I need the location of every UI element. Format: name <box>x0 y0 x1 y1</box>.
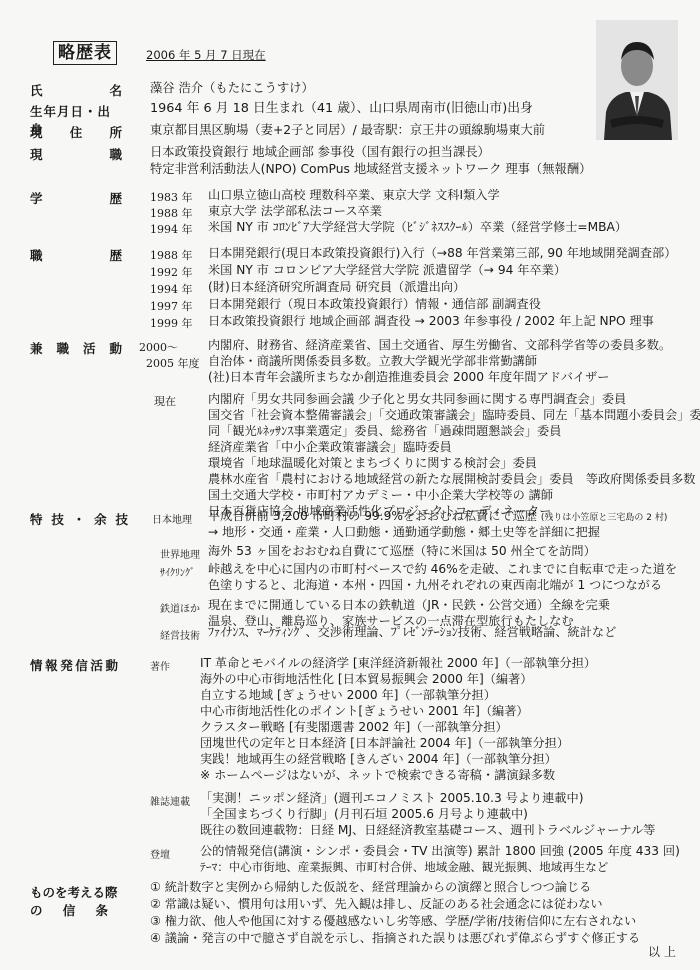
skill-line: → 地形・交通・産業・人口動態・通勤通学動態・郷土史等を詳細に把握 <box>208 525 600 541</box>
stage-tag: 登壇 <box>150 846 170 861</box>
belief-item: ④ 議論・発言の中で臆さず自説を示し、指摘された誤りは悪びれず偉ぶらずすぐ修正す… <box>150 931 640 947</box>
stage-item: 公的情報発信(講演・シンポ・委員会・TV 出演等) 累計 1800 回強 (20… <box>200 844 680 860</box>
label-side-activities: 兼職活動 <box>30 339 122 357</box>
period-start: 2000～ <box>139 339 178 355</box>
label-career: 職歴 <box>30 246 122 264</box>
career-item: 日本開発銀行(現日本政策投資銀行)入行（→88 年営業第三部, 90 年地域開発… <box>208 246 676 262</box>
career-year: 1992 年 <box>150 264 193 280</box>
belief-item: ① 統計数字と実例から帰納した仮説を、経営理論からの演繹と照合しつつ論じる <box>150 880 591 896</box>
skill-line: 平成合併前 3,200 市町村の 99.9%をおおむね私費にて巡歴 (残りは小笠… <box>208 509 667 527</box>
value-birth: 1964 年 6 月 18 日生まれ（41 歳）、山口県周南市(旧徳山市)出身 <box>150 101 533 117</box>
document-end: 以上 <box>648 943 680 960</box>
label-beliefs-1: ものを考える際 <box>30 883 118 901</box>
activity-line: 内閣府「男女共同参画会議 少子化と男女共同参画に関する専門調査会」委員 <box>208 392 626 408</box>
skill-note: (残りは小笠原と三宅島の 2 村) <box>541 513 667 523</box>
activity-line: 国交省「社会資本整備審議会」「交通政策審議会」臨時委員、同左「基本問題小委員会」… <box>208 408 700 424</box>
career-item: 米国 NY 市 コロンビア大学経営大学院 派遣留学（→ 94 年卒業） <box>208 263 566 279</box>
label-name: 氏名 <box>30 81 122 99</box>
career-item: (財)日本経済研究所調査局 研究員（派遣出向） <box>208 280 465 296</box>
book-item: 団塊世代の定年と日本経済 [日本評論社 2004 年]（一部執筆分担） <box>200 736 569 752</box>
edu-year: 1983 年 <box>150 189 193 205</box>
career-year: 1997 年 <box>150 298 193 314</box>
value-current-job-2: 特定非営利活動法人(NPO) ComPus 地域経営支援ネットワーク 理事（無報… <box>150 161 591 177</box>
belief-item: ③ 権力欲、他人や他国に対する優越感ないし劣等感、学歴/学術/技術信仰に左右され… <box>150 914 636 930</box>
label-skills: 特技・余技 <box>30 510 128 528</box>
skill-line: ﾌｧｲﾅﾝｽ、ﾏｰｹﾃｨﾝｸﾞ、交渉術理論、ﾌﾟﾚｾﾞﾝﾃｰｼｮﾝ技術、経営戦略… <box>208 625 616 641</box>
document-title: 略歴表 <box>53 41 117 65</box>
book-item: 実践！地域再生の経営戦略 [きんざい 2004 年]（一部執筆分担） <box>200 752 557 768</box>
label-beliefs-2: の信条 <box>30 901 108 919</box>
activity-line: 国土交通大学校・市町村アカデミー・中小企業大学校等の 講師 <box>208 488 553 504</box>
skill-line: 海外 53 ヶ国をおおむね自費にて巡歴（特に米国は 50 州全てを訪問） <box>208 544 596 560</box>
book-item: 海外の中心市街地活性化 [日本貿易振興会 2000 年]（編著） <box>200 672 532 688</box>
books-tag: 著作 <box>150 658 170 673</box>
edu-item: 山口県立徳山高校 理数科卒業、東京大学 文科Ⅰ類入学 <box>208 188 500 204</box>
career-year: 1999 年 <box>150 315 193 331</box>
label-address: 現住所 <box>30 123 122 141</box>
edu-year: 1994 年 <box>150 221 193 237</box>
skill-line: 色塗りすると、北海道・本州・四国・九州それぞれの東西南北端が 1 つにつながる <box>208 578 662 594</box>
book-item: 中心市街地活性化のポイント[ぎょうせい 2001 年]（編著） <box>200 704 529 720</box>
activity-line: 農林水産省「農村における地域経営の新たな展開検討委員会」委員 等政府関係委員多数 <box>208 472 696 488</box>
magazine-item: 「実測！ニッポン経済」(週刊エコノミスト 2005.10.3 号より連載中) <box>200 791 583 807</box>
career-year: 1988 年 <box>150 247 193 263</box>
magazine-item: 既往の数回連載物：日経 MJ、日経経済教室基礎コース、週刊トラベルジャーナル等 <box>200 823 655 839</box>
label-education: 学歴 <box>30 189 122 207</box>
edu-year: 1988 年 <box>150 205 193 221</box>
edu-item: 東京大学 法学部私法コース卒業 <box>208 204 382 220</box>
activity-line: 内閣府、財務省、経済産業省、国土交通省、厚生労働省、文部科学省等の委員多数。 <box>208 338 671 354</box>
skill-tag: 経営技術 <box>160 627 200 642</box>
book-item: IT 革命とモバイルの経済学 [東洋経済新報社 2000 年]（一部執筆分担） <box>200 656 596 672</box>
skill-tag: 日本地理 <box>152 511 192 526</box>
period-current: 現在 <box>154 393 176 409</box>
activity-line: 自治体・商議所関係委員多数。立教大学観光学部非常勤講師 <box>208 354 537 370</box>
career-item: 日本開発銀行（現日本政策投資銀行）情報・通信部 副調査役 <box>208 297 541 313</box>
activity-line: 環境省「地球温暖化対策とまちづくりに関する検討会」委員 <box>208 456 537 472</box>
book-note: ※ ホームページはないが、ネットで検索できる寄稿・講演録多数 <box>200 768 555 784</box>
activity-line: (社)日本青年会議所まちなか創造推進委員会 2000 年度年間アドバイザー <box>208 370 609 386</box>
value-name: 藻谷 浩介（もたにこうすけ） <box>150 80 314 96</box>
skill-tag: 世界地理 <box>160 546 200 561</box>
label-publishing: 情報発信活動 <box>30 656 118 674</box>
skill-tag: 鉄道ほか <box>160 600 200 615</box>
label-current-job: 現職 <box>30 145 122 163</box>
value-address: 東京都目黒区駒場（妻+2子と同居）/ 最寄駅：京王井の頭線駒場東大前 <box>150 122 545 138</box>
edu-item: 米国 NY 市 ｺﾛﾝﾋﾞｱ大学経営大学院（ﾋﾞｼﾞﾈｽｽｸｰﾙ）卒業（経営学修… <box>208 220 627 236</box>
skill-tag: ｻｲｸﾘﾝｸﾞ <box>160 564 195 579</box>
book-item: 自立する地域 [ぎょうせい 2000 年]（一部執筆分担） <box>200 688 496 704</box>
document-date: 2006 年 5 月 7 日現在 <box>146 47 266 63</box>
book-item: クラスター戦略 [有斐閣選書 2002 年]（一部執筆分担） <box>200 720 508 736</box>
magazines-tag: 雑誌連載 <box>150 793 190 808</box>
career-year: 1994 年 <box>150 281 193 297</box>
period-end: 2005 年度 <box>146 355 200 371</box>
activity-line: 同「観光ﾙﾈｯｻﾝｽ事業選定」委員、総務省「過疎問題懇談会」委員 <box>208 424 561 440</box>
belief-item: ② 常識は疑い、慣用句は用いず、先入観は排し、反証のある社会通念には従わない <box>150 897 603 913</box>
portrait-photo <box>596 20 678 140</box>
activity-line: 経済産業省「中小企業政策審議会」臨時委員 <box>208 440 452 456</box>
magazine-item: 「全国まちづくり行脚」(月刊石垣 2005.6 月号より連載中) <box>200 807 528 823</box>
skill-line: 峠越えを中心に国内の市町村ベースで約 46%を走破、これまでに自転車で走った道を <box>208 562 677 578</box>
skill-line: 現在までに開通している日本の鉄軌道（JR・民鉄・公営交通）全線を完乗 <box>208 598 610 614</box>
stage-item: ﾃｰﾏ：中心市街地、産業振興、市町村合併、地域金融、観光振興、地域再生など <box>200 860 608 876</box>
value-current-job-1: 日本政策投資銀行 地域企画部 参事役（国有銀行の担当課長） <box>150 144 490 160</box>
career-item: 日本政策投資銀行 地域企画部 調査役 → 2003 年参事役 / 2002 年上… <box>208 314 654 330</box>
